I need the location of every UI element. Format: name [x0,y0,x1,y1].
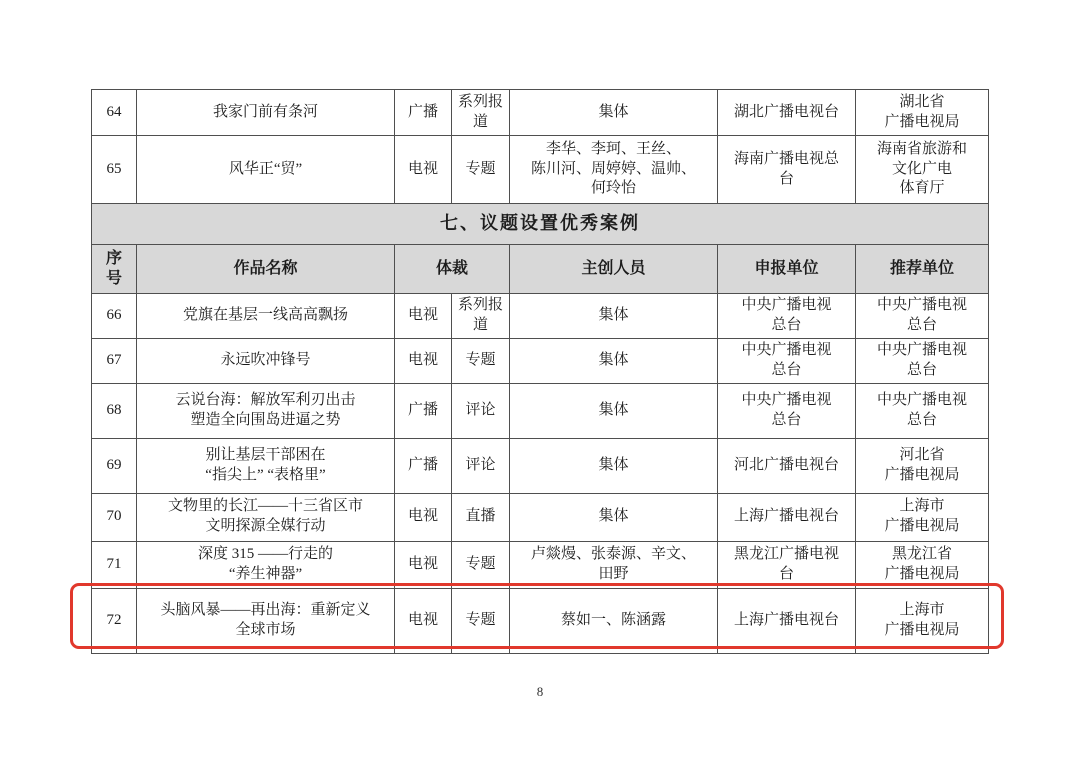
column-header: 体裁 [395,245,510,294]
cell-creators: 集体 [510,90,718,136]
column-header: 主创人员 [510,245,718,294]
cell-submitting-unit: 上海广播电视台 [718,493,856,541]
table-row: 67永远吹冲锋号电视专题集体中央广播电视 总台中央广播电视 总台 [92,339,989,384]
cell-submitting-unit: 中央广播电视 总台 [718,294,856,339]
section-header-row: 七、议题设置优秀案例 [92,204,989,245]
cell-work-title: 文物里的长江——十三省区市 文明探源全媒行动 [137,493,395,541]
cell-creators: 集体 [510,339,718,384]
cell-medium: 电视 [395,588,452,653]
column-header-row: 序号作品名称体裁主创人员申报单位推荐单位 [92,245,989,294]
cell-work-title: 头脑风暴——再出海：重新定义 全球市场 [137,588,395,653]
cell-creators: 集体 [510,438,718,493]
cell-medium: 电视 [395,493,452,541]
table-row: 71深度 315 ——行走的 “养生神器”电视专题卢燚熳、张泰源、辛文、 田野黑… [92,541,989,588]
cell-work-title: 风华正“贸” [137,136,395,204]
cell-recommending-unit: 湖北省 广播电视局 [856,90,989,136]
cell-medium: 电视 [395,339,452,384]
cell-genre: 专题 [452,339,510,384]
cell-work-title: 云说台海：解放军利刃出击 塑造全向围岛进逼之势 [137,383,395,438]
cell-submitting-unit: 河北广播电视台 [718,438,856,493]
cell-submitting-unit: 黑龙江广播电视 台 [718,541,856,588]
cell-work-title: 我家门前有条河 [137,90,395,136]
table-row: 69别让基层干部困在 “指尖上” “表格里”广播评论集体河北广播电视台河北省 广… [92,438,989,493]
cell-recommending-unit: 中央广播电视 总台 [856,294,989,339]
cell-serial-no: 69 [92,438,137,493]
cell-recommending-unit: 上海市 广播电视局 [856,588,989,653]
cell-recommending-unit: 中央广播电视 总台 [856,339,989,384]
cell-creators: 集体 [510,294,718,339]
cell-serial-no: 72 [92,588,137,653]
cell-recommending-unit: 上海市 广播电视局 [856,493,989,541]
cell-creators: 卢燚熳、张泰源、辛文、 田野 [510,541,718,588]
cell-genre: 直播 [452,493,510,541]
cell-submitting-unit: 上海广播电视台 [718,588,856,653]
cell-work-title: 党旗在基层一线高高飘扬 [137,294,395,339]
cell-genre: 专题 [452,588,510,653]
cell-submitting-unit: 中央广播电视 总台 [718,339,856,384]
page-number: 8 [0,684,1080,700]
section-title: 七、议题设置优秀案例 [92,204,989,245]
column-header: 作品名称 [137,245,395,294]
cell-genre: 专题 [452,541,510,588]
cell-medium: 广播 [395,438,452,493]
table-row: 64我家门前有条河广播系列报道集体湖北广播电视台湖北省 广播电视局 [92,90,989,136]
awards-table: 64我家门前有条河广播系列报道集体湖北广播电视台湖北省 广播电视局65风华正“贸… [91,89,989,654]
cell-work-title: 深度 315 ——行走的 “养生神器” [137,541,395,588]
cell-recommending-unit: 河北省 广播电视局 [856,438,989,493]
column-header: 申报单位 [718,245,856,294]
table-row: 68云说台海：解放军利刃出击 塑造全向围岛进逼之势广播评论集体中央广播电视 总台… [92,383,989,438]
cell-creators: 李华、李珂、王丝、 陈川河、周婷婷、温帅、 何玲怡 [510,136,718,204]
cell-genre: 评论 [452,438,510,493]
table-row: 70文物里的长江——十三省区市 文明探源全媒行动电视直播集体上海广播电视台上海市… [92,493,989,541]
cell-submitting-unit: 湖北广播电视台 [718,90,856,136]
table-row: 72头脑风暴——再出海：重新定义 全球市场电视专题蔡如一、陈涵露上海广播电视台上… [92,588,989,653]
cell-submitting-unit: 中央广播电视 总台 [718,383,856,438]
cell-medium: 广播 [395,90,452,136]
cell-genre: 评论 [452,383,510,438]
cell-medium: 电视 [395,136,452,204]
cell-creators: 集体 [510,383,718,438]
cell-work-title: 永远吹冲锋号 [137,339,395,384]
cell-genre: 系列报道 [452,294,510,339]
table-row: 66党旗在基层一线高高飘扬电视系列报道集体中央广播电视 总台中央广播电视 总台 [92,294,989,339]
cell-creators: 集体 [510,493,718,541]
cell-serial-no: 67 [92,339,137,384]
cell-submitting-unit: 海南广播电视总 台 [718,136,856,204]
cell-genre: 系列报道 [452,90,510,136]
cell-work-title: 别让基层干部困在 “指尖上” “表格里” [137,438,395,493]
cell-medium: 电视 [395,294,452,339]
cell-recommending-unit: 中央广播电视 总台 [856,383,989,438]
cell-recommending-unit: 海南省旅游和 文化广电 体育厅 [856,136,989,204]
cell-serial-no: 66 [92,294,137,339]
cell-serial-no: 70 [92,493,137,541]
table-row: 65风华正“贸”电视专题李华、李珂、王丝、 陈川河、周婷婷、温帅、 何玲怡海南广… [92,136,989,204]
cell-genre: 专题 [452,136,510,204]
cell-creators: 蔡如一、陈涵露 [510,588,718,653]
column-header: 序号 [92,245,137,294]
cell-serial-no: 65 [92,136,137,204]
document-page: 64我家门前有条河广播系列报道集体湖北广播电视台湖北省 广播电视局65风华正“贸… [0,0,1080,763]
cell-serial-no: 64 [92,90,137,136]
column-header: 推荐单位 [856,245,989,294]
cell-medium: 广播 [395,383,452,438]
cell-medium: 电视 [395,541,452,588]
cell-recommending-unit: 黑龙江省 广播电视局 [856,541,989,588]
cell-serial-no: 68 [92,383,137,438]
cell-serial-no: 71 [92,541,137,588]
